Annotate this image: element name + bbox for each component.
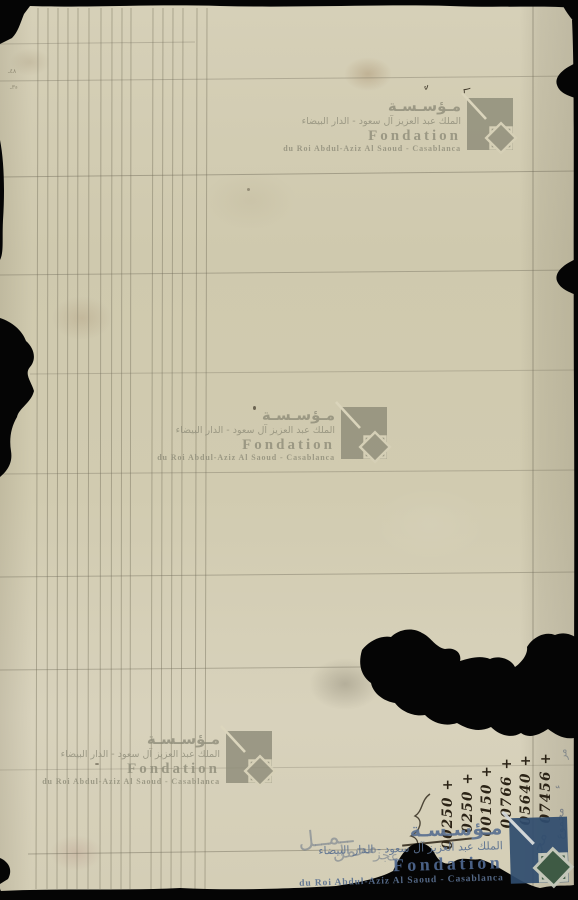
watermark-middle: مـؤسـسـة الملك عبد العزيز آل سعود - الدا… [56, 407, 387, 463]
watermark-bottom-right: مـؤسـسـة الملك عبد العزيز آل سعود - الدا… [237, 816, 569, 891]
small-gray-mark: ء [553, 777, 563, 789]
watermark-latin-subtitle: du Roi Abdul-Aziz Al Saoud - Casablanca [176, 144, 461, 154]
watermark-text: مـؤسـسـة الملك عبد العزيز آل سعود - الدا… [176, 98, 461, 154]
watermark-latin-subtitle: du Roi Abdul-Aziz Al Saoud - Casablanca [56, 453, 335, 463]
watermark-text: مـؤسـسـة الملك عبد العزيز آل سعود - الدا… [237, 818, 504, 891]
watermark-arabic-title: مـؤسـسـة [56, 407, 335, 424]
foundation-logo-icon [226, 731, 272, 783]
watermark-text: مـؤسـسـة الملك عبد العزيز آل سعود - الدا… [56, 407, 335, 463]
watermark-arabic-subtitle: الملك عبد العزيز آل سعود - الدار البيضاء [176, 115, 461, 128]
ink-speck [247, 188, 250, 191]
watermark-arabic-title: مـؤسـسـة [0, 731, 220, 748]
watermark-arabic-title: مـؤسـسـة [176, 98, 461, 115]
watermark-text: مـؤسـسـة الملك عبد العزيز آل سعود - الدا… [0, 731, 220, 787]
watermark-latin-title: Fondation [176, 128, 461, 144]
watermark-bottom-left: مـؤسـسـة الملك عبد العزيز آل سعود - الدا… [0, 731, 272, 787]
watermark-arabic-subtitle: الملك عبد العزيز آل سعود - الدار البيضاء [56, 424, 335, 437]
foundation-logo-icon [341, 407, 387, 459]
scanned-document-page: ٤٨ـ ء٣ـ ے ٦ 00250 + 0250 + 00150 + 00766… [0, 0, 578, 900]
edge-note: مر [559, 744, 570, 760]
foundation-logo-icon [467, 98, 513, 150]
watermark-latin-title: Fondation [0, 761, 220, 777]
watermark-arabic-subtitle: الملك عبد العزيز آل سعود - الدار البيضاء [0, 748, 220, 761]
pencil-scribble: ٤٨ـ [8, 68, 16, 75]
watermark-top: مـؤسـسـة الملك عبد العزيز آل سعود - الدا… [176, 98, 513, 154]
pencil-scribble: ء٣ـ [10, 84, 18, 91]
watermark-latin-title: Fondation [56, 437, 335, 453]
watermark-latin-subtitle: du Roi Abdul-Aziz Al Saoud - Casablanca [0, 777, 220, 787]
foundation-logo-icon [509, 816, 569, 884]
